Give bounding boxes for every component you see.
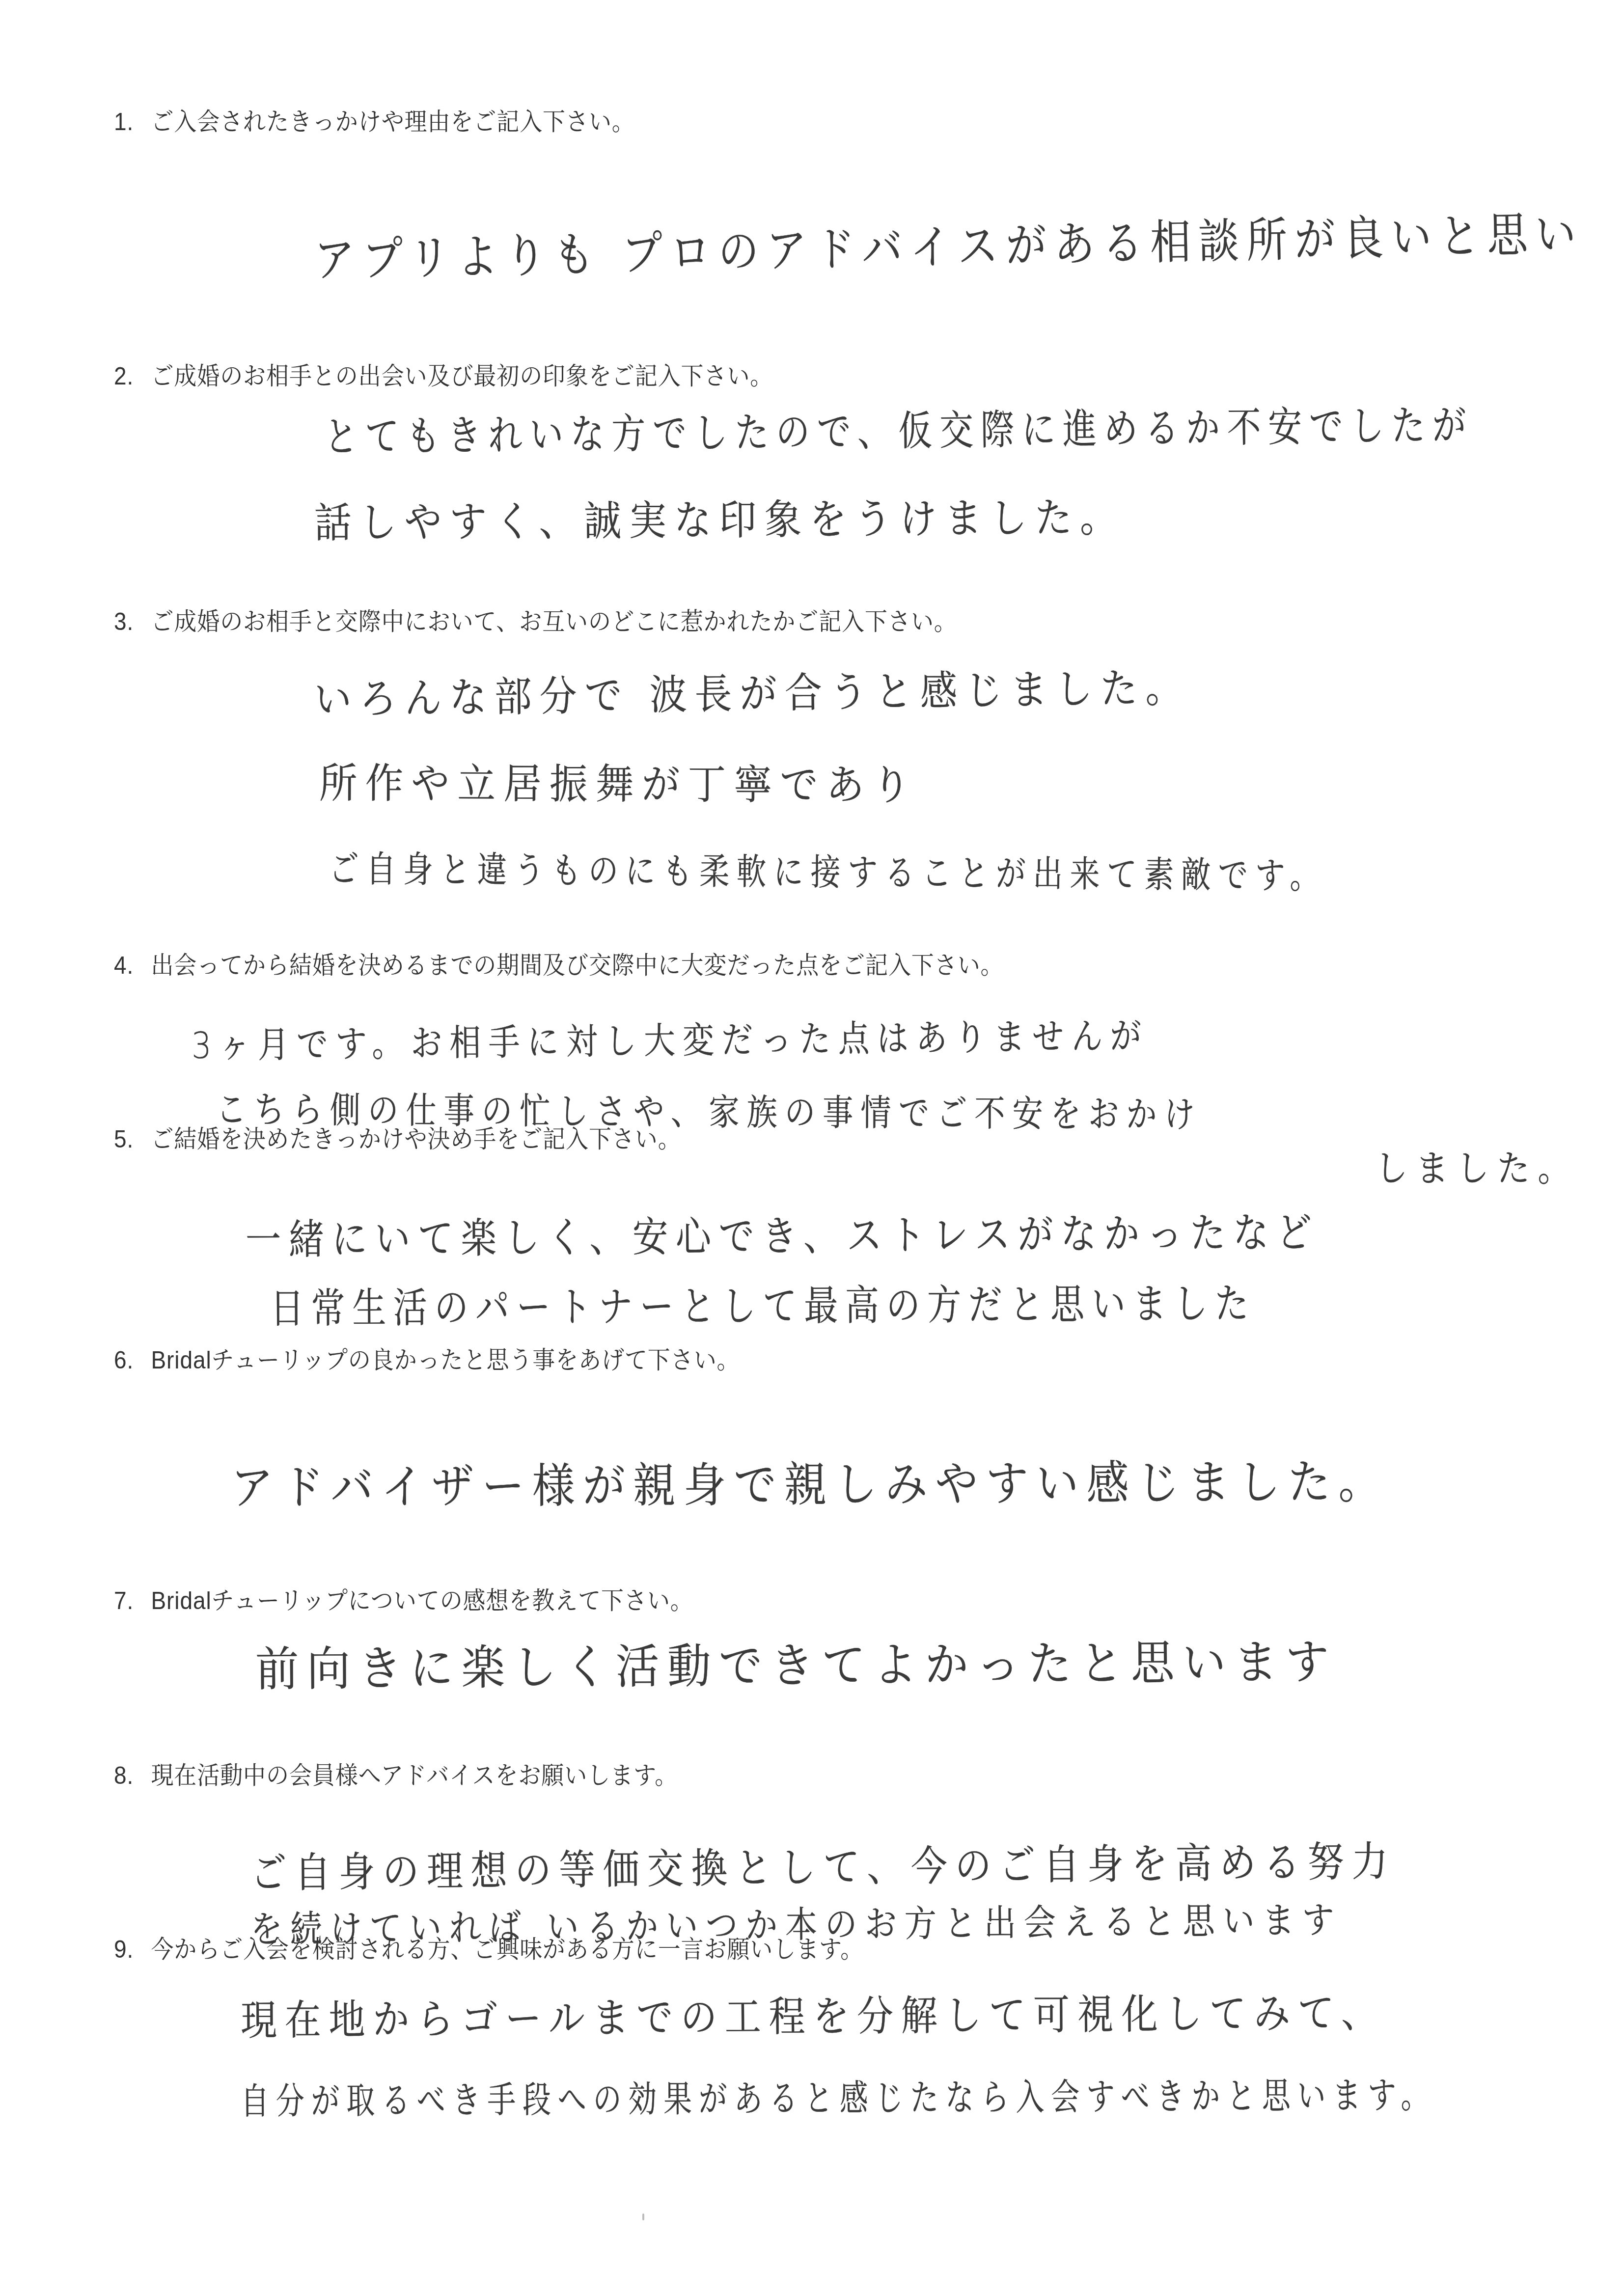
question-number: 6. xyxy=(114,1345,151,1375)
question-label: 今からご入会を検討される方、ご興味がある方に一言お願いします。 xyxy=(151,1936,863,1963)
question-number: 8. xyxy=(114,1761,151,1790)
answer-4-line-1: 3ヶ月です。お相手に対し大変だった点はありませんが xyxy=(191,1011,1149,1070)
answer-3-line-3: ご自身と違うものにも柔軟に接することが出来て素敵です。 xyxy=(329,845,1327,901)
scan-artifact xyxy=(642,2214,644,2220)
answer-8-line-1: ご自身の理想の等価交換として、今のご自身を高める努力 xyxy=(250,1834,1396,1900)
question-number: 3. xyxy=(114,607,151,636)
answer-2-line-2: 話しやすく、誠実な印象をうけました。 xyxy=(314,490,1126,550)
question-9: 9.今からご入会を検討される方、ご興味がある方に一言お願いします。 xyxy=(114,1935,863,1964)
question-3: 3.ご成婚のお相手と交際中において、お互いのどこに惹かれたかご記入下さい。 xyxy=(114,607,957,636)
question-number: 1. xyxy=(114,107,151,137)
answer-5-line-2: 日常生活のパートナーとして最高の方だと思いました xyxy=(270,1276,1256,1336)
question-4: 4.出会ってから結婚を決めるまでの期間及び交際中に大変だった点をご記入下さい。 xyxy=(114,951,1003,980)
answer-7-line-1: 前向きに楽しく活動できてよかったと思います xyxy=(255,1633,1337,1699)
answer-6-line-1: アドバイザー様が親身で親しみやすい感じました。 xyxy=(231,1452,1389,1517)
answer-9-line-1: 現在地からゴールまでの工程を分解して可視化してみて、 xyxy=(241,1986,1386,2048)
answer-5-line-1: 一緒にいて楽しく、安心でき、ストレスがなかったなど xyxy=(246,1205,1320,1267)
answer-1-line-1: アプリよりも プロのアドバイスがある相談所が良いと思い xyxy=(314,204,1584,290)
question-8: 8.現在活動中の会員様へアドバイスをお願いします。 xyxy=(114,1761,678,1790)
question-number: 4. xyxy=(114,951,151,980)
answer-9-line-2: 自分が取るべき手段への効果があると感じたなら入会すべきかと思います。 xyxy=(241,2071,1436,2126)
question-number: 5. xyxy=(114,1124,151,1154)
question-label: 出会ってから結婚を決めるまでの期間及び交際中に大変だった点をご記入下さい。 xyxy=(151,952,1003,979)
question-number: 7. xyxy=(114,1586,151,1615)
question-number: 2. xyxy=(114,361,151,391)
questionnaire-page: 1.ご入会されたきっかけや理由をご記入下さい。 アプリよりも プロのアドバイスが… xyxy=(0,0,1624,2296)
question-2: 2.ご成婚のお相手との出会い及び最初の印象をご記入下さい。 xyxy=(114,361,773,391)
question-number: 9. xyxy=(114,1935,151,1964)
answer-2-line-1: とてもきれいな方でしたので、仮交際に進めるか不安でしたが xyxy=(324,398,1474,464)
question-5: 5.ご結婚を決めたきっかけや決め手をご記入下さい。 xyxy=(114,1124,681,1154)
question-label: ご入会されたきっかけや理由をご記入下さい。 xyxy=(151,108,634,136)
question-label: ご成婚のお相手との出会い及び最初の印象をご記入下さい。 xyxy=(151,362,773,390)
question-label: 現在活動中の会員様へアドバイスをお願いします。 xyxy=(151,1762,678,1789)
question-label: ご成婚のお相手と交際中において、お互いのどこに惹かれたかご記入下さい。 xyxy=(151,608,957,635)
question-label: Bridalチューリップの良かったと思う事をあげて下さい。 xyxy=(151,1346,740,1374)
answer-3-line-1: いろんな部分で 波長が合うと感じました。 xyxy=(314,660,1191,727)
question-7: 7.Bridalチューリップについての感想を教えて下さい。 xyxy=(114,1586,693,1615)
question-1: 1.ご入会されたきっかけや理由をご記入下さい。 xyxy=(114,107,635,137)
question-6: 6.Bridalチューリップの良かったと思う事をあげて下さい。 xyxy=(114,1345,740,1375)
answer-4-line-3: しました。 xyxy=(1375,1144,1578,1193)
question-label: Bridalチューリップについての感想を教えて下さい。 xyxy=(151,1587,693,1614)
question-label: ご結婚を決めたきっかけや決め手をご記入下さい。 xyxy=(151,1125,681,1153)
answer-3-line-2: 所作や立居振舞が丁寧であり xyxy=(319,756,918,812)
